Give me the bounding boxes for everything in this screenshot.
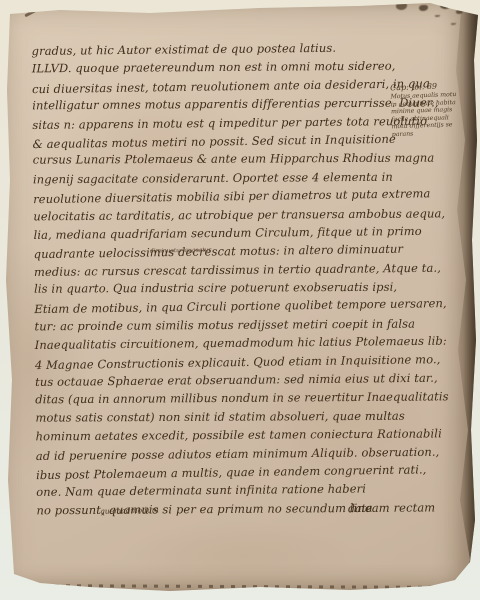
top-right-ink-blotches [396,2,407,10]
top-left-ink-stroke [24,8,38,17]
manuscript-line: intelligatur omnes motus apparentis diff… [32,94,404,115]
interlinear-correction: diminuatur augeatur [150,247,211,254]
parchment-stain [120,520,360,590]
bottom-edge-specks [22,584,454,589]
manuscript-scan: gradus, ut hic Autor existimat de quo po… [0,0,480,600]
manuscript-text: gradus, ut hic Autor existimat de quo po… [32,38,409,520]
margin-note: Cap: fol. 89 Motus aequalis motuin aequa… [390,81,468,139]
margin-note-lines: Motus aequalis motuin aequalitate habita… [390,91,468,139]
margin-note-line: parans [392,129,468,139]
parchment-page: gradus, ut hic Autor existimat de quo po… [0,0,480,600]
manuscript-line: ditas (qua in annorum millibus nondum in… [35,388,407,409]
corner-mark: M [1,567,8,575]
manuscript-line: uelocitatis ac tarditatis, ac utrobique … [33,204,405,225]
manuscript-line: hominum aetates excedit, possibile est t… [36,425,408,446]
insertion-below-line: quemadmodum [100,505,159,516]
catchword: data [348,502,373,516]
manuscript-line: cursus Lunaris Ptolemaeus & ante eum Hip… [33,149,405,169]
manuscript-line: tur: ac proinde cum similis motus redijs… [34,314,406,335]
manuscript-line: motus satis constat) non sinit id statim… [35,407,407,427]
